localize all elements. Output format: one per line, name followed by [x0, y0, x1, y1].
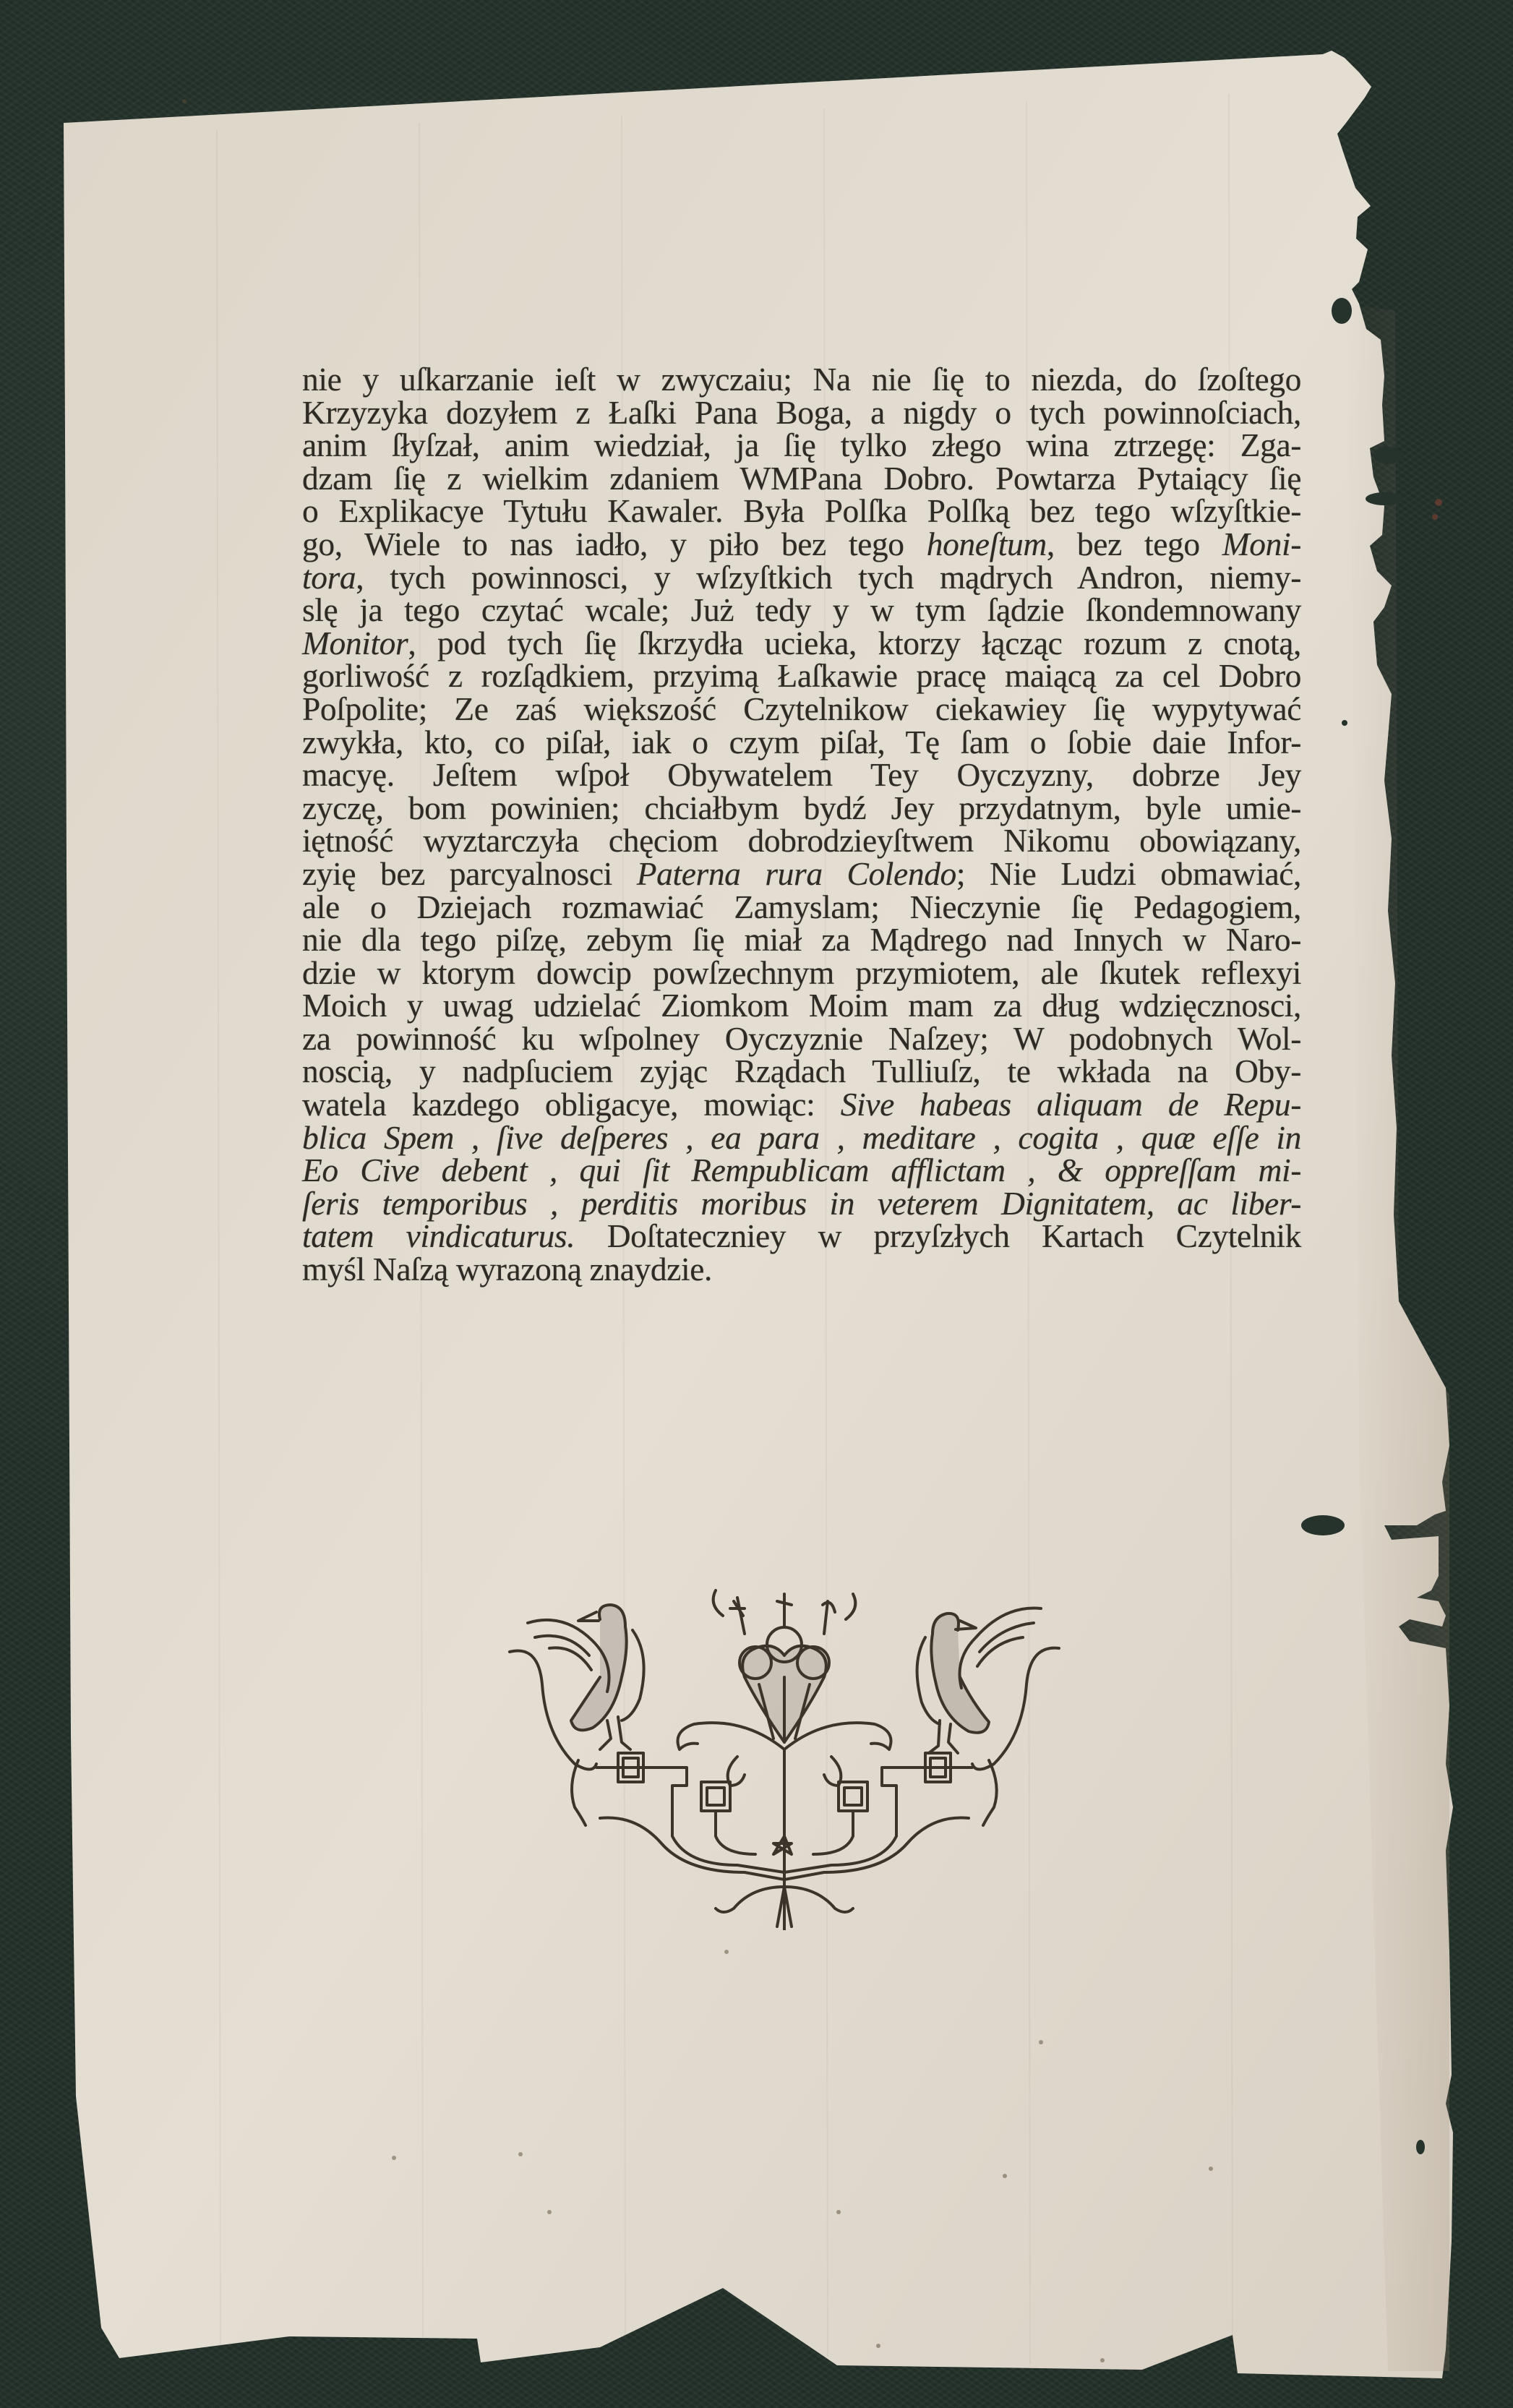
text-line: Poſpolite; Ze zaś większość Czytelnikow … [302, 693, 1301, 726]
text-line: dzam ſię z wielkim zdaniem WMPana Dobro.… [302, 462, 1301, 495]
text-segment: nie y uſkarzanie ieſt w zwyczaiu; Na nie… [302, 361, 1301, 398]
text-line: tora, tych powinnosci, y wſzyſtkich tych… [302, 561, 1301, 594]
italic-text-segment: Eo Cive debent , qui ſit Rempublicam aff… [302, 1152, 1301, 1188]
text-line: zyczę, bom powinien; chciałbym bydź Jey … [302, 792, 1301, 825]
text-segment: Moich y uwag udzielać Ziomkom Moim mam z… [302, 987, 1301, 1024]
text-line: slę ja tego czytać wcale; Już tedy y w t… [302, 594, 1301, 627]
italic-text-segment: Monitor [302, 625, 408, 661]
text-segment: zwykła, kto, co piſał, iak o czym piſał,… [302, 724, 1301, 760]
text-segment: myśl Naſzą wyrazoną znaydzie. [302, 1251, 712, 1287]
text-segment: , tych powinnosci, y wſzyſtkich tych mąd… [356, 559, 1301, 596]
text-line: nie dla tego piſzę, zebym ſię miał za Mą… [302, 923, 1301, 956]
text-line: anim ſłyſzał, anim wiedział, ja ſię tylk… [302, 429, 1301, 462]
text-segment: anim ſłyſzał, anim wiedział, ja ſię tylk… [302, 427, 1301, 463]
text-segment: o Explikacye Tytułu Kawaler. Była Polſka… [302, 492, 1301, 529]
text-line: macyę. Jeſtem wſpoł Obywatelem Tey Oyczy… [302, 758, 1301, 792]
text-line: gorliwość z rozſądkiem, przyimą Łaſkawie… [302, 659, 1301, 693]
text-segment: Krzyzyka dozyłem z Łaſki Pana Boga, a ni… [302, 394, 1301, 431]
text-segment: nie dla tego piſzę, zebym ſię miał za Mą… [302, 921, 1301, 958]
text-segment: ; Nie Ludzi obmawiać, [956, 855, 1301, 892]
text-line: noscią, y nadpſuciem zyjąc Rządach Tulli… [302, 1055, 1301, 1088]
text-segment: macyę. Jeſtem wſpoł Obywatelem Tey Oyczy… [302, 756, 1301, 793]
text-line: tatem vindicaturus. Doſtateczniey w przy… [302, 1220, 1301, 1253]
text-line: watela kazdego obligacye, mowiąc: Sive h… [302, 1088, 1301, 1121]
text-segment: go, Wiele to nas iadło, y piło bez tego [302, 526, 927, 562]
italic-text-segment: tora [302, 559, 356, 596]
text-line: o Explikacye Tytułu Kawaler. Była Polſka… [302, 494, 1301, 528]
text-segment: , bez tego [1047, 526, 1222, 562]
body-text: nie y uſkarzanie ieſt w zwyczaiu; Na nie… [302, 363, 1301, 1286]
italic-text-segment: blica Spem , ſive deſperes , ea para , m… [302, 1119, 1301, 1156]
text-segment: za powinność ku wſpolney Oyczyznie Naſze… [302, 1020, 1301, 1057]
text-segment: zyię bez parcyalnosci [302, 855, 637, 892]
italic-text-segment: tatem vindicaturus. [302, 1217, 575, 1254]
text-segment: Doſtateczniey w przyſzłych Kartach Czyte… [575, 1217, 1301, 1254]
document-page: nie y uſkarzanie ieſt w zwyczaiu; Na nie… [0, 0, 1513, 2408]
text-line: iętność wyztarczyła chęciom dobrodzieyſt… [302, 824, 1301, 857]
italic-text-segment: Sive habeas aliquam de Repu- [841, 1086, 1301, 1123]
text-line: ſeris temporibus , perditis moribus in v… [302, 1187, 1301, 1220]
woodcut-tailpiece-ornament [506, 1569, 1063, 1930]
text-line: zwykła, kto, co piſał, iak o czym piſał,… [302, 726, 1301, 759]
text-line: go, Wiele to nas iadło, y piło bez tego … [302, 528, 1301, 561]
flower-bouquet-icon [713, 1590, 856, 1742]
italic-text-segment: ſeris temporibus , perditis moribus in v… [302, 1185, 1301, 1222]
text-line: Monitor, pod tych ſię ſkrzydła ucieka, k… [302, 627, 1301, 660]
right-bird-icon [917, 1608, 1041, 1754]
text-segment: iętność wyztarczyła chęciom dobrodzieyſt… [302, 822, 1301, 859]
text-segment: dzam ſię z wielkim zdaniem WMPana Dobro.… [302, 460, 1301, 497]
text-line: nie y uſkarzanie ieſt w zwyczaiu; Na nie… [302, 363, 1301, 396]
text-segment: watela kazdego obligacye, mowiąc: [302, 1086, 841, 1123]
text-segment: Poſpolite; Ze zaś większość Czytelnikow … [302, 690, 1301, 727]
italic-text-segment: Moni- [1222, 526, 1301, 562]
text-segment: zyczę, bom powinien; chciałbym bydź Jey … [302, 789, 1301, 826]
italic-text-segment: honeſtum [927, 526, 1047, 562]
text-segment: dzie w ktorym dowcip powſzechnym przymio… [302, 954, 1301, 991]
text-segment: gorliwość z rozſądkiem, przyimą Łaſkawie… [302, 657, 1301, 694]
italic-text-segment: Paterna rura Colendo [637, 855, 956, 892]
text-segment: slę ja tego czytać wcale; Już tedy y w t… [302, 591, 1301, 628]
text-line: blica Spem , ſive deſperes , ea para , m… [302, 1121, 1301, 1154]
text-segment: ale o Dziejach rozmawiać Zamyslam; Niecz… [302, 888, 1301, 925]
text-line: Krzyzyka dozyłem z Łaſki Pana Boga, a ni… [302, 396, 1301, 429]
text-line: Moich y uwag udzielać Ziomkom Moim mam z… [302, 989, 1301, 1022]
text-line: zyię bez parcyalnosci Paterna rura Colen… [302, 857, 1301, 891]
text-line: Eo Cive debent , qui ſit Rempublicam aff… [302, 1154, 1301, 1187]
text-segment: , pod tych ſię ſkrzydła ucieka, ktorzy ł… [408, 625, 1301, 661]
text-line: myśl Naſzą wyrazoną znaydzie. [302, 1253, 1301, 1286]
text-line: za powinność ku wſpolney Oyczyznie Naſze… [302, 1022, 1301, 1055]
text-line: ale o Dziejach rozmawiać Zamyslam; Niecz… [302, 891, 1301, 924]
text-segment: noscią, y nadpſuciem zyjąc Rządach Tulli… [302, 1053, 1301, 1089]
left-bird-icon [528, 1605, 644, 1749]
text-line: dzie w ktorym dowcip powſzechnym przymio… [302, 956, 1301, 990]
